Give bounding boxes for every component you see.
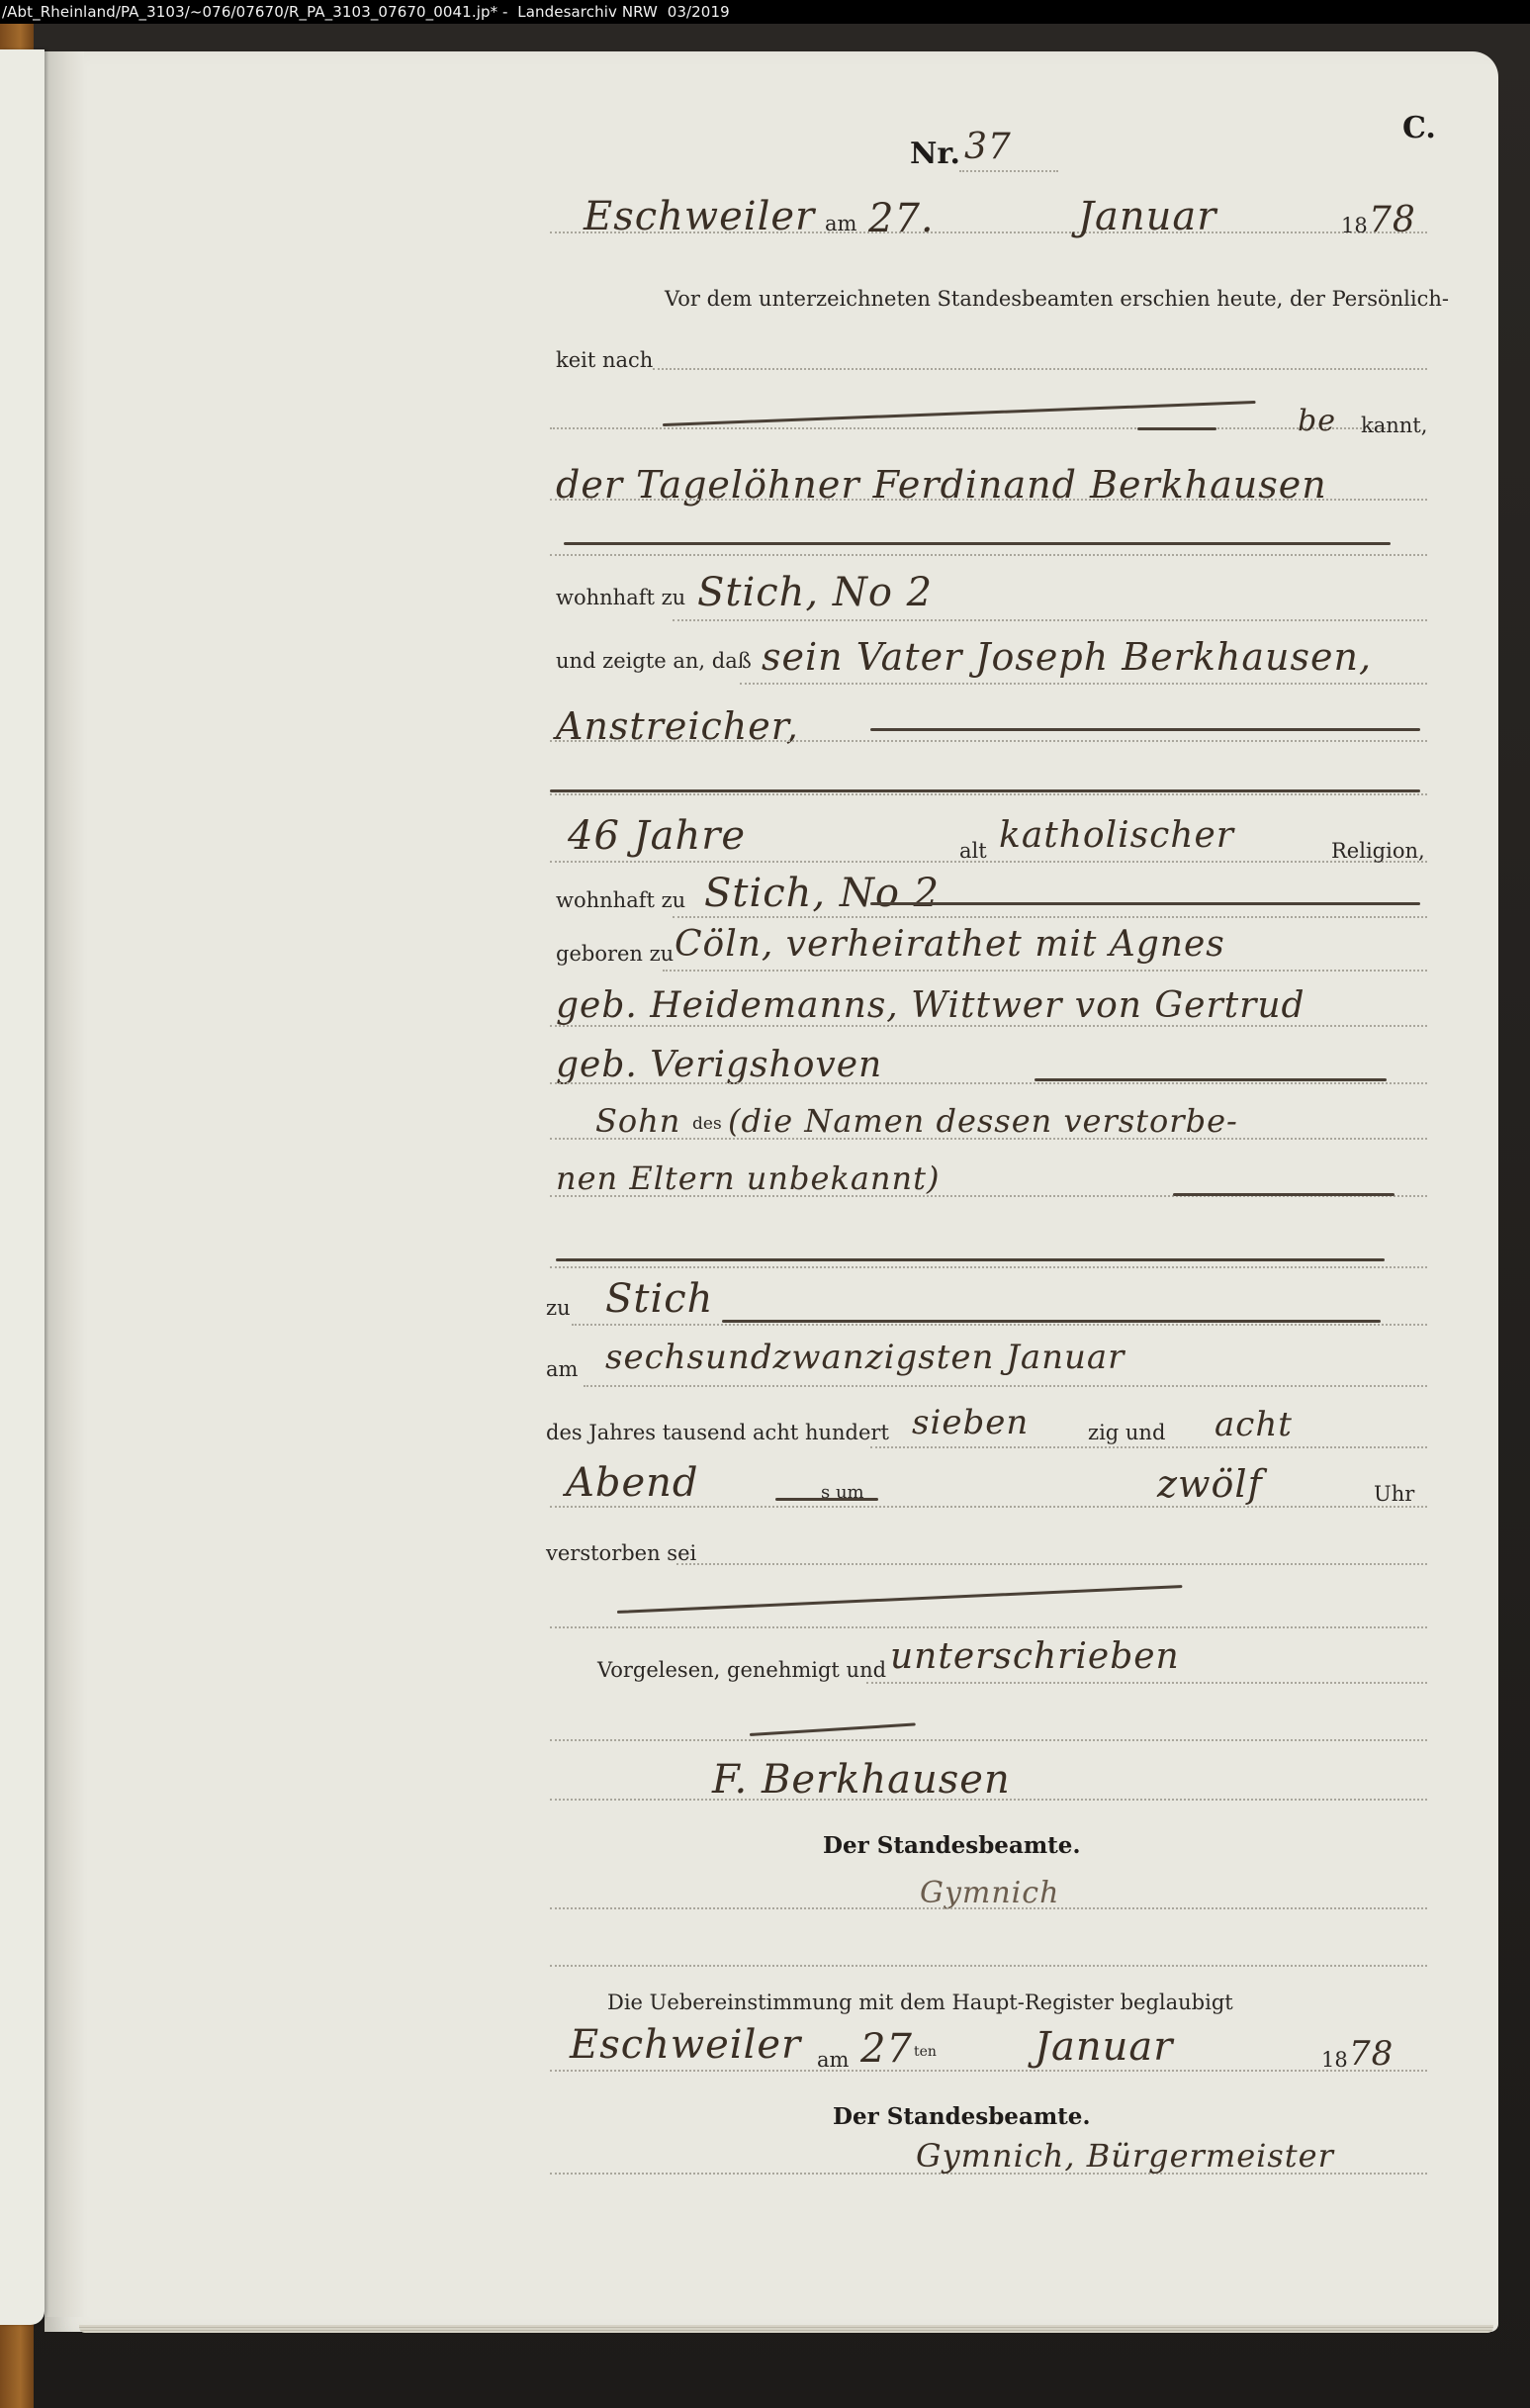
- religion-value: katholischer: [999, 815, 1234, 856]
- strike-line: [722, 1320, 1381, 1323]
- dotted-line: [550, 1907, 1427, 1909]
- on-label: am: [546, 1357, 578, 1381]
- year-prefix: 18: [1341, 214, 1368, 237]
- year-units-hand: acht: [1215, 1405, 1293, 1444]
- dotted-line: [550, 1025, 1427, 1027]
- dotted-line: [550, 861, 1427, 863]
- dotted-line: [673, 619, 1427, 621]
- dotted-line: [550, 499, 1427, 501]
- dotted-line: [550, 1266, 1427, 1268]
- dotted-line: [550, 1799, 1427, 1801]
- page-stack-edges: [79, 2325, 1493, 2333]
- residence2-label: wohnhaft zu: [556, 888, 685, 912]
- strike-line: [556, 1258, 1385, 1261]
- residence-value: Stich, No 2: [697, 570, 933, 615]
- son-print: des: [692, 1114, 722, 1134]
- uhr-label: Uhr: [1374, 1482, 1414, 1506]
- identity-label: keit nach: [556, 348, 653, 372]
- strike-line: [1035, 1078, 1387, 1081]
- year-zig-label: zig und: [1088, 1421, 1165, 1444]
- dotted-line: [550, 1626, 1427, 1628]
- known-hand: be: [1298, 404, 1336, 438]
- official-signature-2: Gymnich, Bürgermeister: [916, 2137, 1334, 2175]
- dotted-line: [550, 1082, 1427, 1084]
- dotted-line: [673, 916, 1427, 918]
- dotted-line: [663, 970, 1427, 972]
- hour-hand: zwölf: [1157, 1462, 1263, 1506]
- dotted-line: [959, 170, 1058, 172]
- dotted-line: [550, 427, 1386, 429]
- deceased-line-1: sein Vater Joseph Berkhausen,: [762, 635, 1372, 679]
- cert-year-suffix: 78: [1349, 2034, 1394, 2074]
- dotted-line: [584, 1385, 1427, 1387]
- cert-am: am: [817, 2048, 849, 2072]
- dotted-line: [550, 2070, 1427, 2072]
- read-hand: unterschrieben: [890, 1636, 1180, 1677]
- dotted-line: [550, 1506, 1427, 1508]
- son-hand: Sohn: [595, 1102, 680, 1140]
- official-title-2: Der Standesbeamte.: [833, 2103, 1090, 2130]
- dotted-line: [653, 368, 1427, 370]
- register-month: Januar: [1078, 194, 1216, 239]
- cert-day: 27: [860, 2026, 913, 2072]
- cert-month: Januar: [1035, 2024, 1173, 2070]
- register-day: 27.: [868, 196, 935, 241]
- informant-signature: F. Berkhausen: [712, 1757, 1011, 1803]
- dotted-line: [550, 1739, 1427, 1741]
- record-number-value: 37: [964, 127, 1012, 167]
- place-value: Stich: [605, 1276, 713, 1322]
- known-print: kannt,: [1361, 414, 1427, 437]
- cert-year-prefix: 18: [1321, 2048, 1348, 2072]
- place-label: zu: [546, 1296, 571, 1320]
- record-number-label: Nr.: [910, 137, 960, 171]
- cert-day-suffix: ten: [914, 2044, 937, 2060]
- dotted-line: [870, 1446, 1427, 1448]
- certification-text: Die Uebereinstimmung mit dem Haupt-Regis…: [607, 1991, 1233, 2014]
- dotted-line: [866, 1682, 1427, 1684]
- strike-line: [1137, 427, 1216, 430]
- left-page-edge: [0, 49, 45, 2325]
- strike-line: [564, 542, 1391, 545]
- time-hand: Abend: [566, 1460, 699, 1506]
- page-gutter: [45, 51, 84, 2317]
- register-place: Eschweiler: [584, 194, 815, 239]
- strike-line: [550, 789, 1420, 792]
- cert-place: Eschweiler: [570, 2022, 801, 2068]
- register-year-suffix: 78: [1369, 200, 1416, 240]
- born-line-2: geb. Heidemanns, Wittwer von Gertrud: [556, 985, 1305, 1026]
- dotted-line: [550, 740, 1427, 742]
- born-line-3: geb. Verigshoven: [556, 1045, 882, 1085]
- form-letter: C.: [1402, 111, 1436, 145]
- parents-line-2: nen Eltern unbekannt): [556, 1159, 940, 1197]
- am-label: am: [825, 212, 856, 235]
- strike-line: [870, 728, 1420, 731]
- strike-line: [775, 1498, 878, 1501]
- dotted-line: [550, 793, 1427, 795]
- residence-label: wohnhaft zu: [556, 586, 685, 609]
- died-label: verstorben sei: [546, 1541, 696, 1565]
- dotted-line: [676, 1563, 1427, 1565]
- dotted-line: [550, 554, 1427, 556]
- official-signature-1: Gymnich: [920, 1876, 1059, 1910]
- parents-line-1: (die Namen dessen verstorbe-: [728, 1102, 1238, 1140]
- read-label: Vorgelesen, genehmigt und: [597, 1658, 886, 1682]
- age-label: alt: [959, 839, 987, 863]
- strike-line: [1173, 1193, 1395, 1196]
- declared-label: und zeigte an, daß: [556, 649, 752, 673]
- dotted-line: [550, 1965, 1427, 1967]
- year-label: des Jahres tausend acht hundert: [546, 1421, 889, 1444]
- born-label: geboren zu: [556, 942, 674, 966]
- intro-text: Vor dem unterzeichneten Standesbeamten e…: [665, 287, 1449, 311]
- strike-line: [870, 902, 1420, 905]
- window-title-bar: /Abt_Rheinland/PA_3103/~076/07670/R_PA_3…: [0, 0, 1530, 24]
- dotted-line: [740, 683, 1427, 685]
- official-title-1: Der Standesbeamte.: [823, 1832, 1080, 1859]
- dotted-line: [572, 1324, 1427, 1326]
- religion-label: Religion,: [1331, 839, 1425, 863]
- residence2-value: Stich, No 2: [704, 871, 940, 916]
- born-line-1: Cöln, verheirathet mit Agnes: [675, 924, 1225, 965]
- age-value: 46 Jahre: [568, 813, 746, 859]
- year-tens-hand: sieben: [912, 1403, 1029, 1442]
- dotted-line: [550, 1138, 1427, 1140]
- on-value: sechsundzwanzigsten Januar: [605, 1338, 1125, 1377]
